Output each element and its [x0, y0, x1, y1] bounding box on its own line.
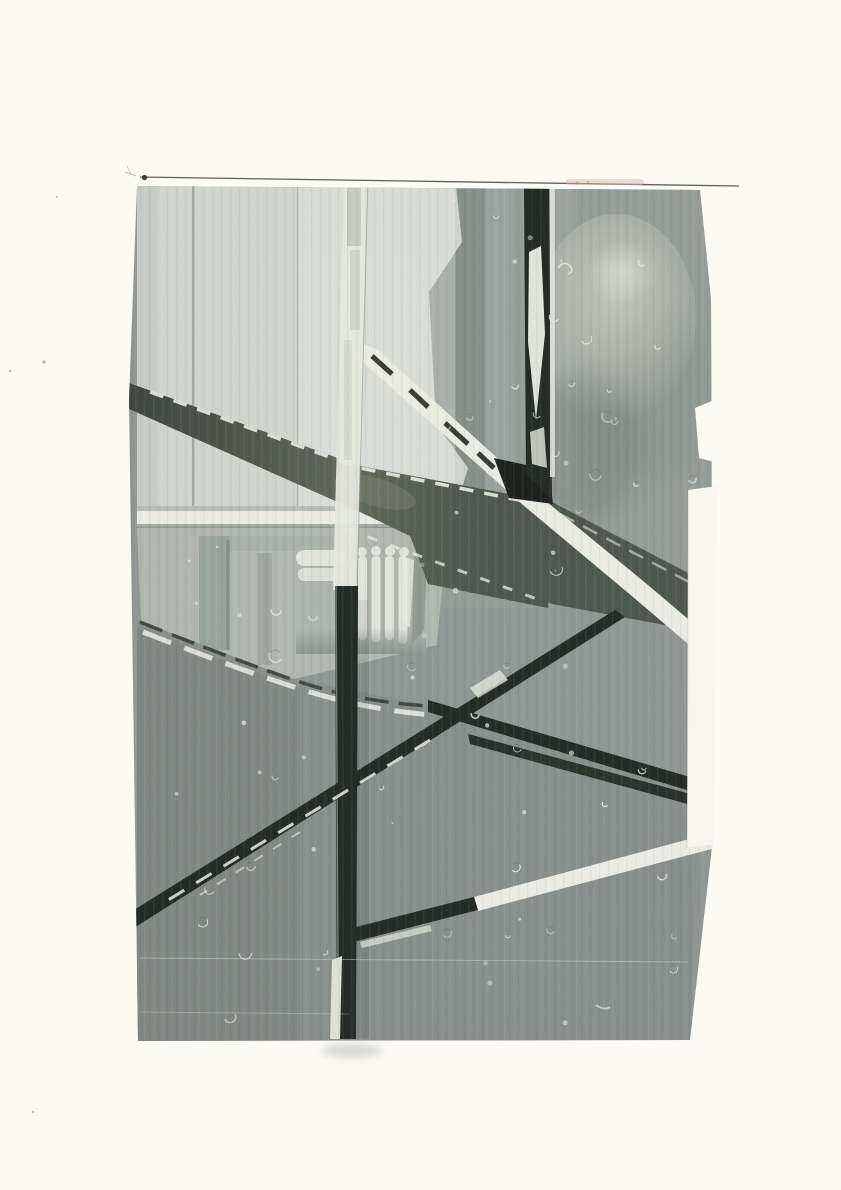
bottom-smudge	[322, 1044, 382, 1058]
top-corner-blob	[142, 175, 147, 180]
scanned-collage-page	[0, 0, 841, 1190]
paper-speck	[42, 360, 46, 364]
paper-speck	[9, 370, 12, 373]
pink-dot	[587, 181, 590, 184]
photo-collage	[120, 175, 721, 1050]
collage-artwork	[0, 0, 841, 1190]
tape-left-edge	[687, 490, 688, 848]
grain-texture	[129, 178, 719, 1043]
tape-body	[687, 486, 717, 848]
edge-tape	[687, 486, 717, 848]
pink-dot	[576, 182, 579, 185]
paper-speck	[56, 196, 58, 198]
paper-speck	[32, 1111, 34, 1113]
